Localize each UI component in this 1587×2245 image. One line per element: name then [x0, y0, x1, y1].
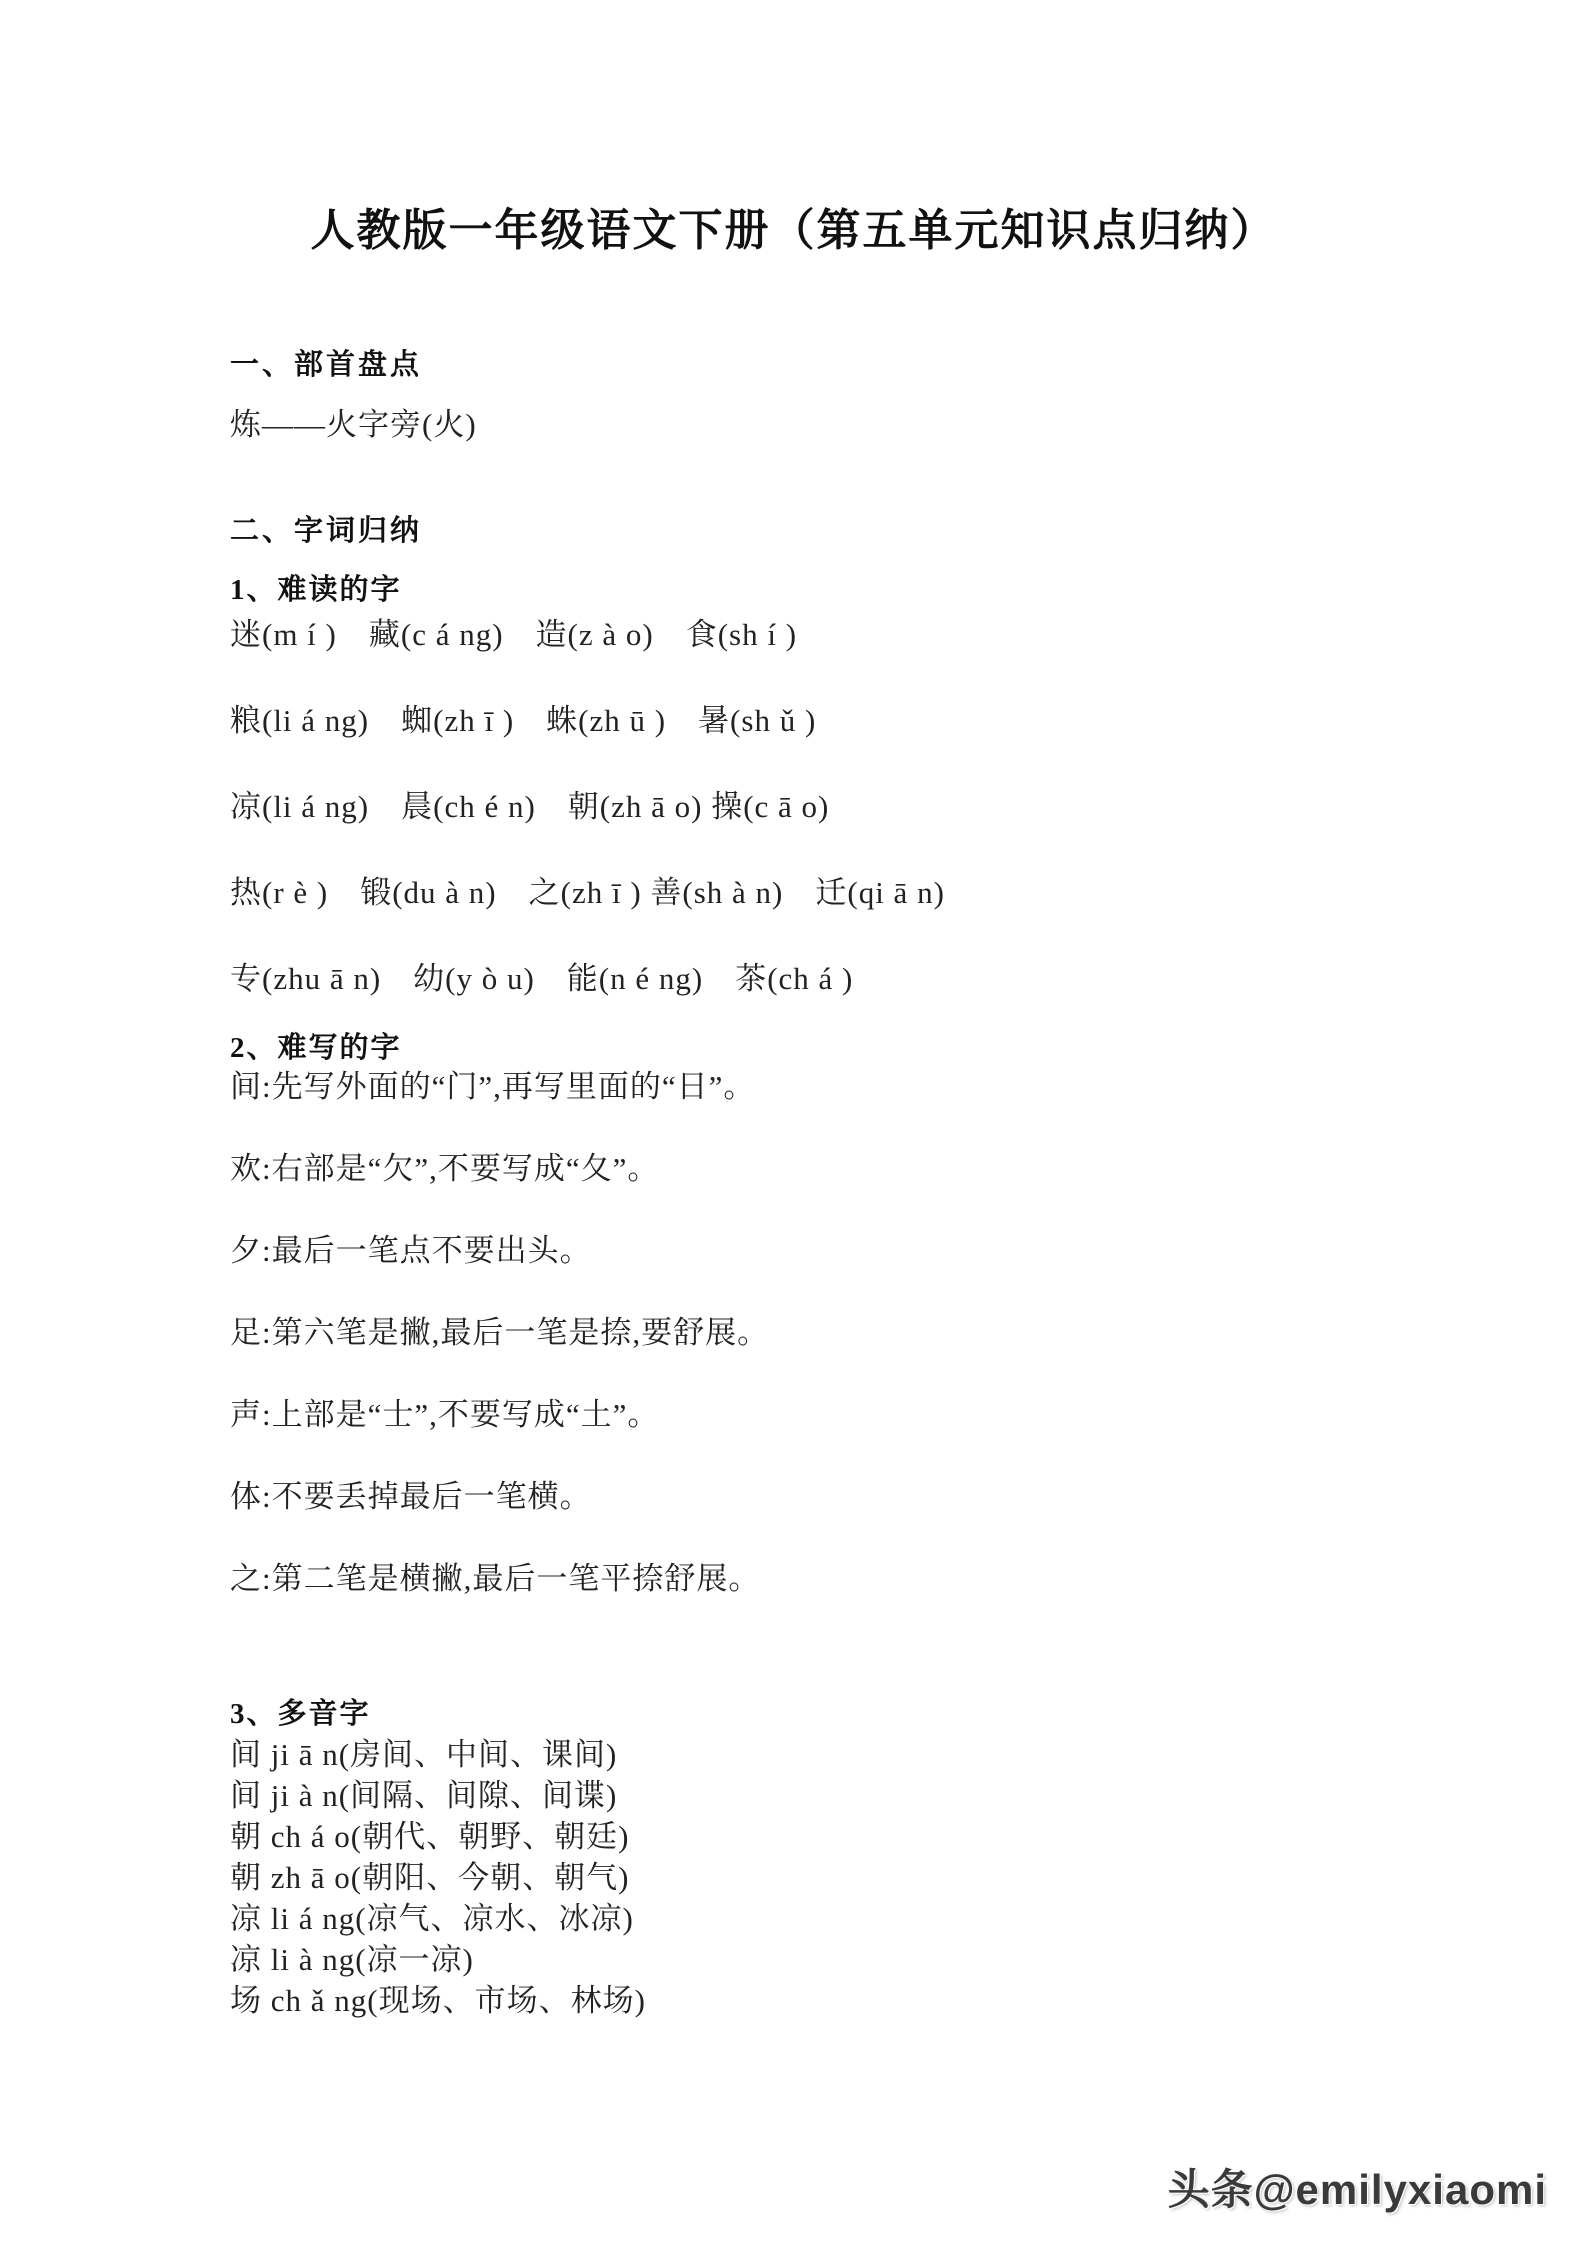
- polyphone-line: 朝 ch á o(朝代、朝野、朝廷): [230, 1816, 1407, 1857]
- subsection-polyphones-heading: 3、多音字: [230, 1697, 1407, 1731]
- hard-to-write-line: 体:不要丢掉最后一笔横。: [230, 1477, 1407, 1517]
- polyphone-line: 间 ji à n(间隔、间隙、间谍): [230, 1775, 1407, 1816]
- polyphone-line: 间 ji ā n(房间、中间、课间): [230, 1735, 1407, 1775]
- subsection-hard-to-read-heading: 1、难读的字: [230, 573, 1407, 607]
- hard-to-write-line: 声:上部是“士”,不要写成“土”。: [230, 1395, 1407, 1435]
- hard-to-write-line: 足:第六笔是撇,最后一笔是捺,要舒展。: [230, 1313, 1407, 1353]
- hard-to-write-line: 欢:右部是“欠”,不要写成“夂”。: [230, 1149, 1407, 1189]
- polyphone-line: 场 ch ǎ ng(现场、市场、林场): [230, 1980, 1407, 2021]
- hard-to-read-line: 专(zhu ā n) 幼(y ò u) 能(n é ng) 茶(ch á ): [230, 959, 1407, 999]
- document-page: 人教版一年级语文下册（第五单元知识点归纳） 一、部首盘点 炼——火字旁(火) 二…: [0, 0, 1587, 2245]
- hard-to-read-line: 热(r è ) 锻(du à n) 之(zh ī ) 善(sh à n) 迁(q…: [230, 873, 1407, 913]
- hard-to-write-line: 之:第二笔是横撇,最后一笔平捺舒展。: [230, 1559, 1407, 1599]
- polyphone-line: 朝 zh ā o(朝阳、今朝、朝气): [230, 1857, 1407, 1898]
- section-words-heading: 二、字词归纳: [230, 513, 1407, 549]
- hard-to-write-line: 间:先写外面的“门”,再写里面的“日”。: [230, 1067, 1407, 1107]
- hard-to-read-line: 迷(m í ) 藏(c á ng) 造(z à o) 食(sh í ): [230, 615, 1407, 655]
- document-content: 一、部首盘点 炼——火字旁(火) 二、字词归纳 1、难读的字 迷(m í ) 藏…: [230, 257, 1407, 2021]
- radical-line: 炼——火字旁(火): [230, 405, 1407, 445]
- polyphone-line: 凉 li à ng(凉一凉): [230, 1939, 1407, 1980]
- subsection-hard-to-write-heading: 2、难写的字: [230, 1031, 1407, 1065]
- page-title: 人教版一年级语文下册（第五单元知识点归纳）: [0, 0, 1587, 257]
- hard-to-write-line: 夕:最后一笔点不要出头。: [230, 1231, 1407, 1271]
- watermark: 头条@emilyxiaomi: [1168, 2157, 1547, 2217]
- polyphone-line: 凉 li á ng(凉气、凉水、冰凉): [230, 1898, 1407, 1939]
- hard-to-read-line: 凉(li á ng) 晨(ch é n) 朝(zh ā o) 操(c ā o): [230, 787, 1407, 827]
- section-radicals-heading: 一、部首盘点: [230, 347, 1407, 383]
- hard-to-read-line: 粮(li á ng) 蜘(zh ī ) 蛛(zh ū ) 暑(sh ǔ ): [230, 701, 1407, 741]
